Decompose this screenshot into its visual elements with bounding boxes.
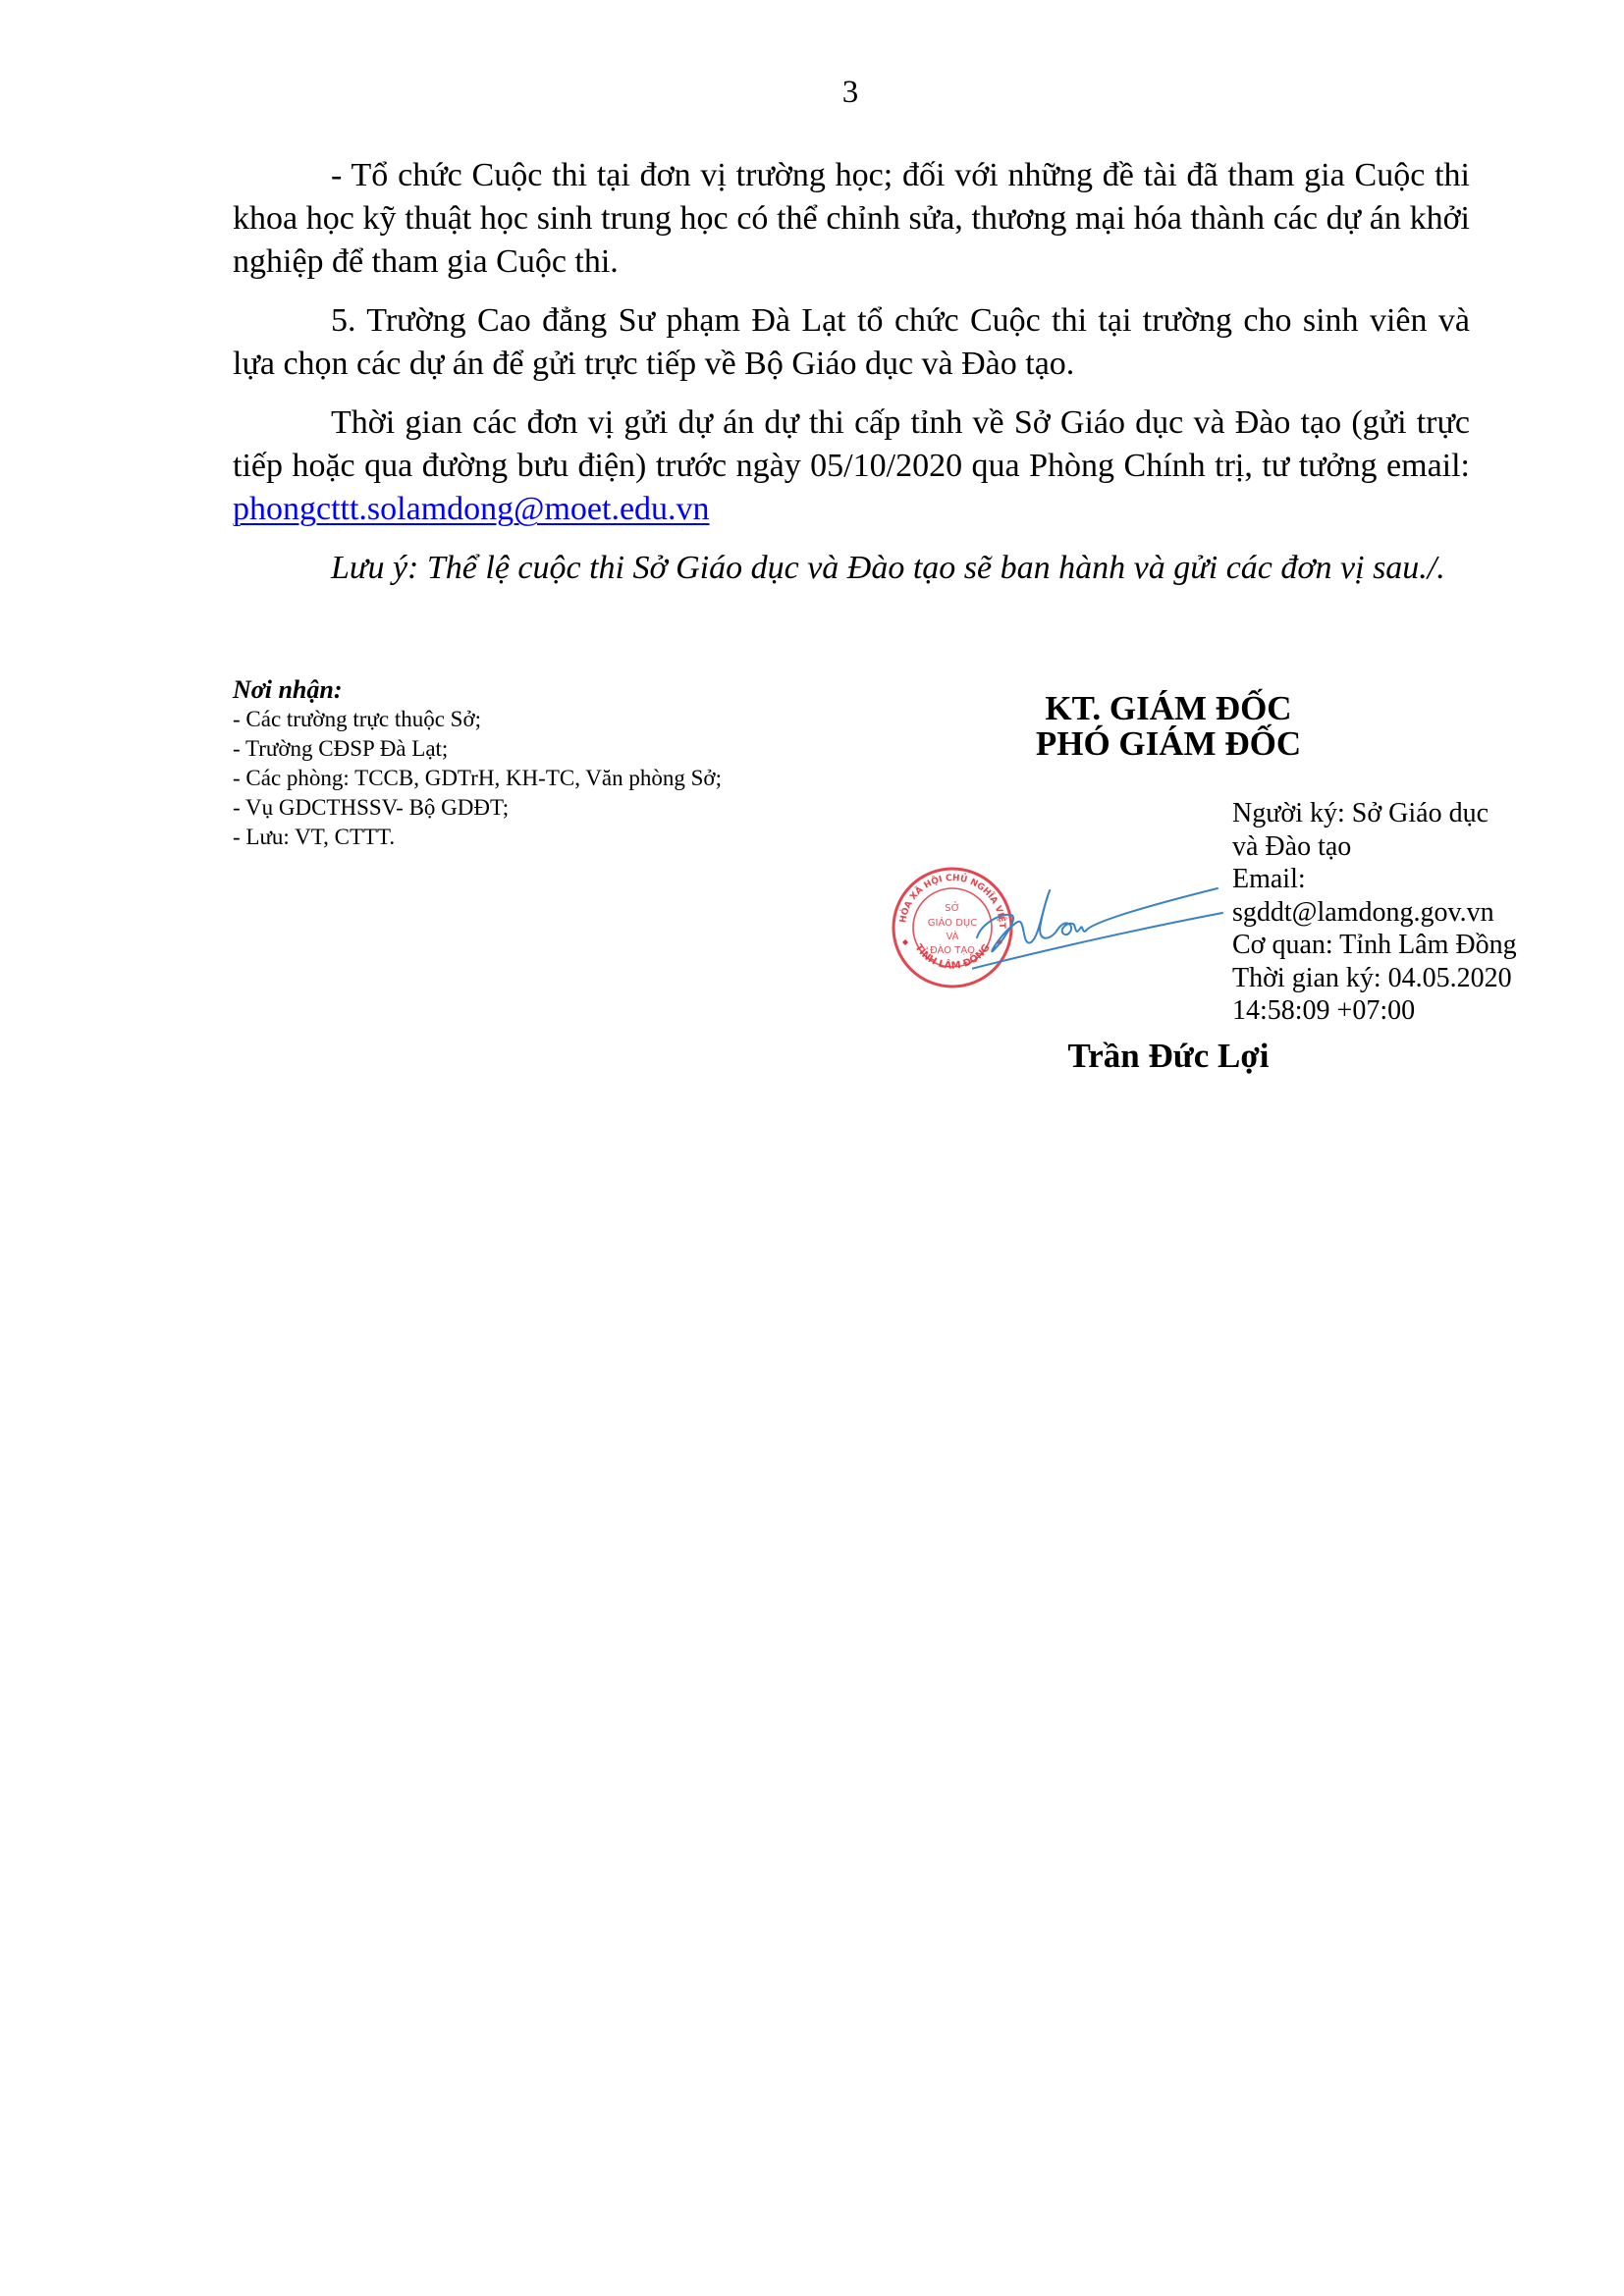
recipients-title: Nơi nhận: xyxy=(233,675,861,705)
stamp-center-line: VÀ xyxy=(946,930,958,942)
stamp-center-line: ĐÀO TẠO xyxy=(930,943,975,956)
signer-line: Thời gian ký: 04.05.2020 xyxy=(1232,962,1615,995)
email-link[interactable]: phongcttt.solamdong@moet.edu.vn xyxy=(233,491,710,527)
recipient-item: - Vụ GDCTHSSV- Bộ GDĐT; xyxy=(233,793,861,823)
signer-line: Người ký: Sở Giáo dục xyxy=(1232,797,1615,830)
paragraph-deadline: Thời gian các đơn vị gửi dự án dự thi cấ… xyxy=(233,401,1470,531)
signature-title: KT. GIÁM ĐỐC PHÓ GIÁM ĐỐC xyxy=(972,691,1365,762)
signer-name: Trần Đức Lợi xyxy=(972,1037,1365,1076)
signature-title-line1: KT. GIÁM ĐỐC xyxy=(972,691,1365,726)
recipients-block: Nơi nhận: - Các trường trực thuộc Sở; - … xyxy=(233,675,861,852)
deadline-text: Thời gian các đơn vị gửi dự án dự thi cấ… xyxy=(233,404,1470,484)
handwritten-signature-icon xyxy=(972,864,1227,982)
signer-email: sgddt@lamdong.gov.vn xyxy=(1232,896,1615,930)
digital-signature-info: Người ký: Sở Giáo dục và Đào tạo Email: … xyxy=(1232,797,1615,1028)
recipient-item: - Trường CĐSP Đà Lạt; xyxy=(233,734,861,764)
signer-line: 14:58:09 +07:00 xyxy=(1232,994,1615,1028)
signature-title-line2: PHÓ GIÁM ĐỐC xyxy=(972,726,1365,762)
page-number: 3 xyxy=(0,73,1624,112)
document-body: - Tổ chức Cuộc thi tại đơn vị trường học… xyxy=(233,154,1470,590)
paragraph-note: Lưu ý: Thể lệ cuộc thi Sở Giáo dục và Đà… xyxy=(233,547,1470,590)
paragraph-organize-contest: - Tổ chức Cuộc thi tại đơn vị trường học… xyxy=(233,154,1470,284)
recipient-item: - Các phòng: TCCB, GDTrH, KH-TC, Văn phò… xyxy=(233,764,861,793)
paragraph-college-contest: 5. Trường Cao đẳng Sư phạm Đà Lạt tổ chứ… xyxy=(233,299,1470,386)
signer-line: và Đào tạo xyxy=(1232,830,1615,864)
signer-line: Cơ quan: Tỉnh Lâm Đồng xyxy=(1232,929,1615,962)
stamp-center-line: GIÁO DỤC xyxy=(928,916,977,929)
recipient-item: - Các trường trực thuộc Sở; xyxy=(233,705,861,734)
recipient-item: - Lưu: VT, CTTT. xyxy=(233,823,861,852)
signer-line: Email: xyxy=(1232,863,1615,896)
stamp-center-line: SỞ xyxy=(945,900,959,914)
